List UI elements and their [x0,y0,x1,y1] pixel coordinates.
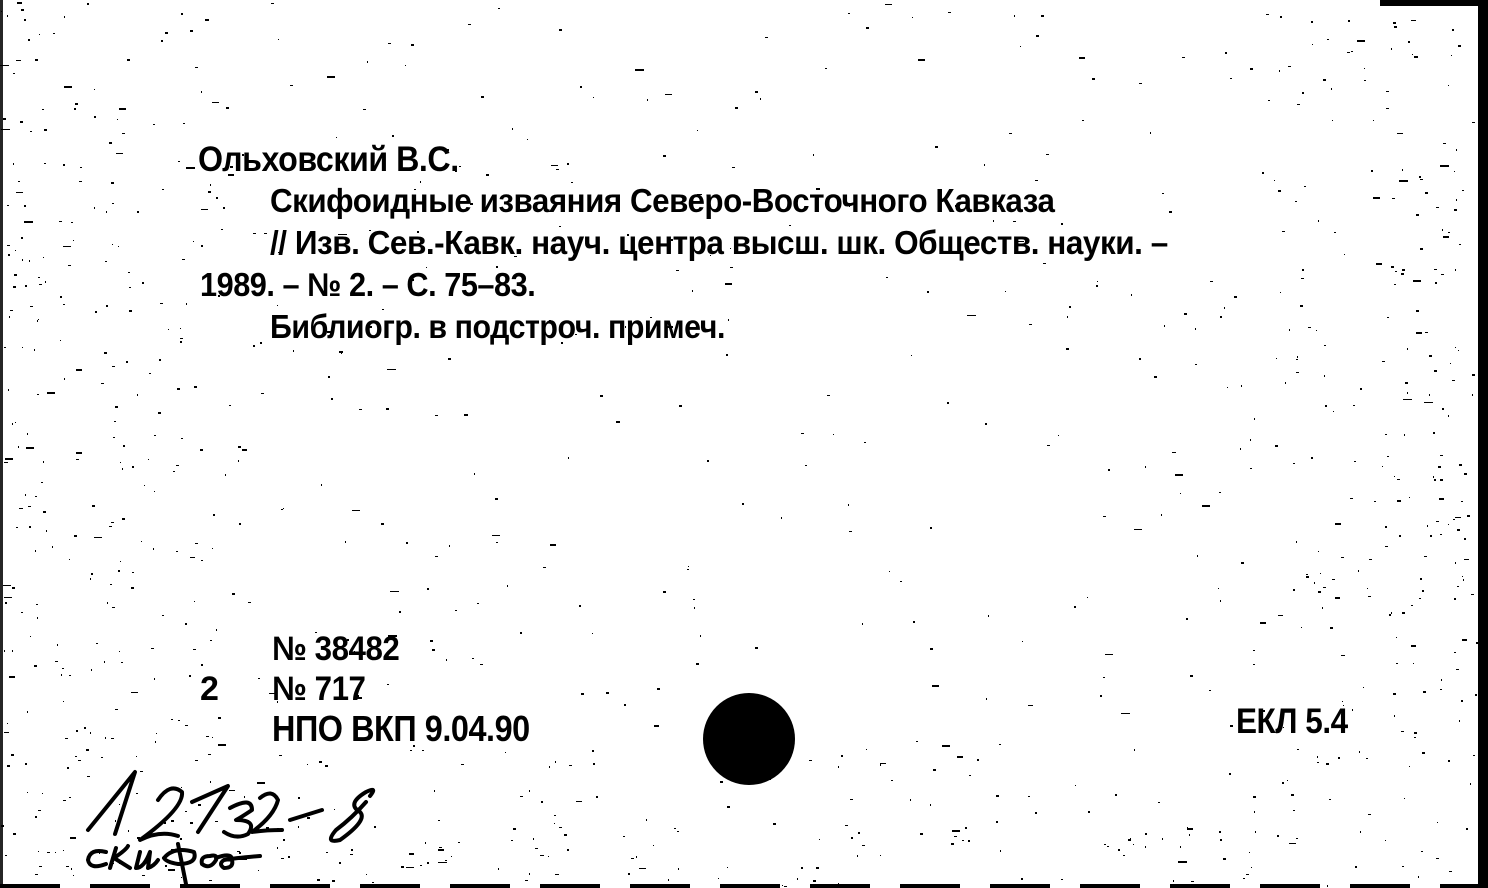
shelf-count: 2 [200,670,218,709]
punch-hole [703,693,795,785]
classification-code: ЕКЛ 5.4 [1236,702,1348,742]
card-author: Ольховский В.С. [198,140,459,180]
card-source-line-2: 1989. – № 2. – С. 75–83. [200,266,535,304]
catalog-card: Ольховский В.С. Скифоидные изваяния Севе… [0,0,1488,888]
scan-edge-top [1380,0,1488,6]
card-bibliography-note: Библиогр. в подстроч. примеч. [270,308,725,346]
handwritten-annotation [60,760,420,888]
scan-edge-right [1478,0,1488,888]
card-title: Скифоидные изваяния Северо-Восточного Ка… [270,182,1054,220]
card-source-line-1: // Изв. Сев.-Кавк. науч. центра высш. шк… [270,224,1168,262]
accession-number: № 38482 [272,630,399,669]
scan-edge-left [0,0,3,888]
card-number: № 717 [272,670,365,709]
handwriting-strokes [60,760,420,888]
publisher-date: НПО ВКП 9.04.90 [272,708,530,750]
